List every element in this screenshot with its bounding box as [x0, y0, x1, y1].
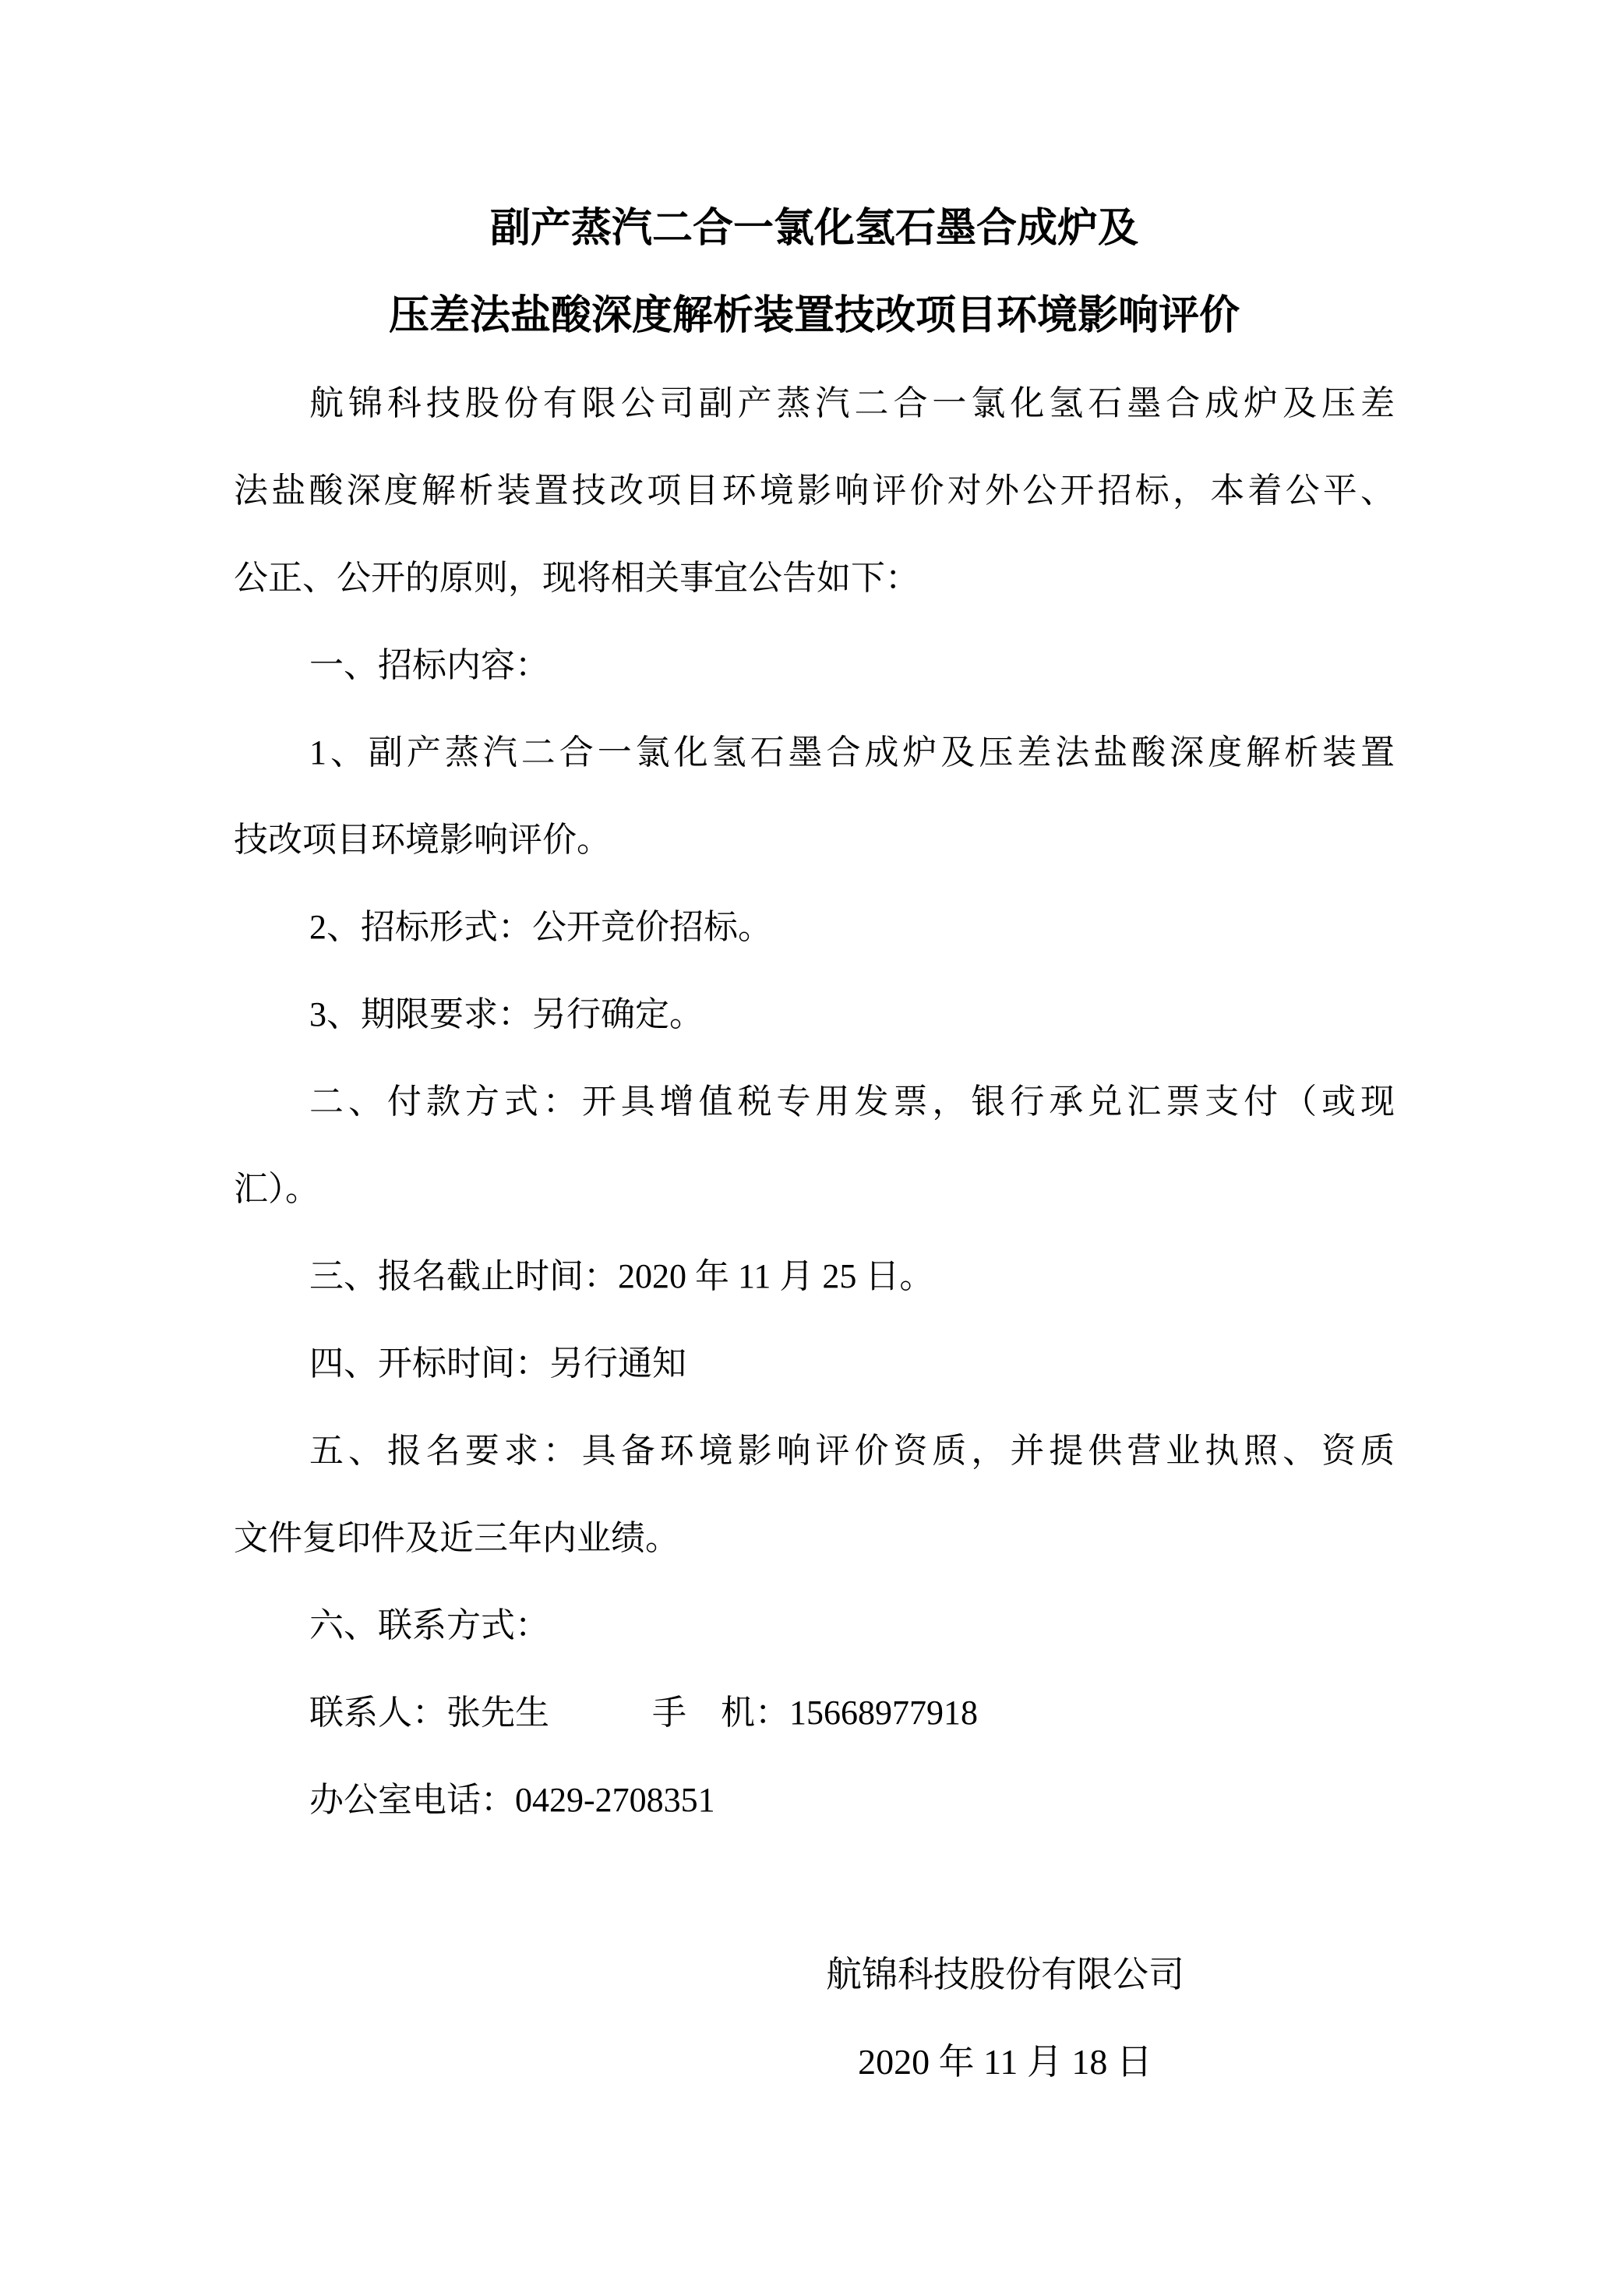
intro-line-3: 公正、公开的原则，现将相关事宜公告如下： — [234, 535, 1395, 622]
document-title-line-1: 副产蒸汽二合一氯化氢石墨合成炉及 — [234, 185, 1395, 273]
intro-line-1: 航锦科技股份有限公司副产蒸汽二合一氯化氢石墨合成炉及压差 — [234, 360, 1395, 447]
item-1-line-2: 技改项目环境影响评价。 — [234, 797, 1395, 884]
section-5-line-2: 文件复印件及近三年内业绩。 — [234, 1495, 1395, 1582]
section-1-heading: 一、招标内容： — [234, 622, 1395, 709]
document-title-line-2: 压差法盐酸深度解析装置技改项目环境影响评价 — [234, 273, 1395, 360]
document-page: 副产蒸汽二合一氯化氢石墨合成炉及 压差法盐酸深度解析装置技改项目环境影响评价 航… — [0, 0, 1623, 2296]
signature-block: 航锦科技股份有限公司 2020 年 11 月 18 日 — [616, 1931, 1395, 2106]
contact-person-line: 联系人：张先生 手 机：15668977918 — [234, 1669, 1395, 1757]
intro-line-2: 法盐酸深度解析装置技改项目环境影响评价对外公开招标，本着公平、 — [234, 447, 1395, 535]
section-5-line-1: 五、报名要求：具备环境影响评价资质，并提供营业执照、资质 — [234, 1408, 1395, 1495]
item-1-line-1: 1、副产蒸汽二合一氯化氢石墨合成炉及压差法盐酸深度解析装置 — [234, 709, 1395, 797]
section-6-heading: 六、联系方式： — [234, 1582, 1395, 1669]
section-3-line: 三、报名截止时间：2020 年 11 月 25 日。 — [234, 1233, 1395, 1320]
section-2-line-2: 汇）。 — [234, 1146, 1395, 1233]
section-2-line-1: 二、付款方式：开具增值税专用发票，银行承兑汇票支付（或现 — [234, 1058, 1395, 1146]
spacer-line — [234, 1844, 1395, 1931]
item-3-line: 3、期限要求：另行确定。 — [234, 971, 1395, 1058]
item-2-line: 2、招标形式：公开竞价招标。 — [234, 884, 1395, 971]
section-4-line: 四、开标时间：另行通知 — [234, 1320, 1395, 1408]
signature-date: 2020 年 11 月 18 日 — [616, 2019, 1395, 2106]
office-phone-line: 办公室电话：0429-2708351 — [234, 1757, 1395, 1844]
signature-company: 航锦科技股份有限公司 — [616, 1931, 1395, 2019]
